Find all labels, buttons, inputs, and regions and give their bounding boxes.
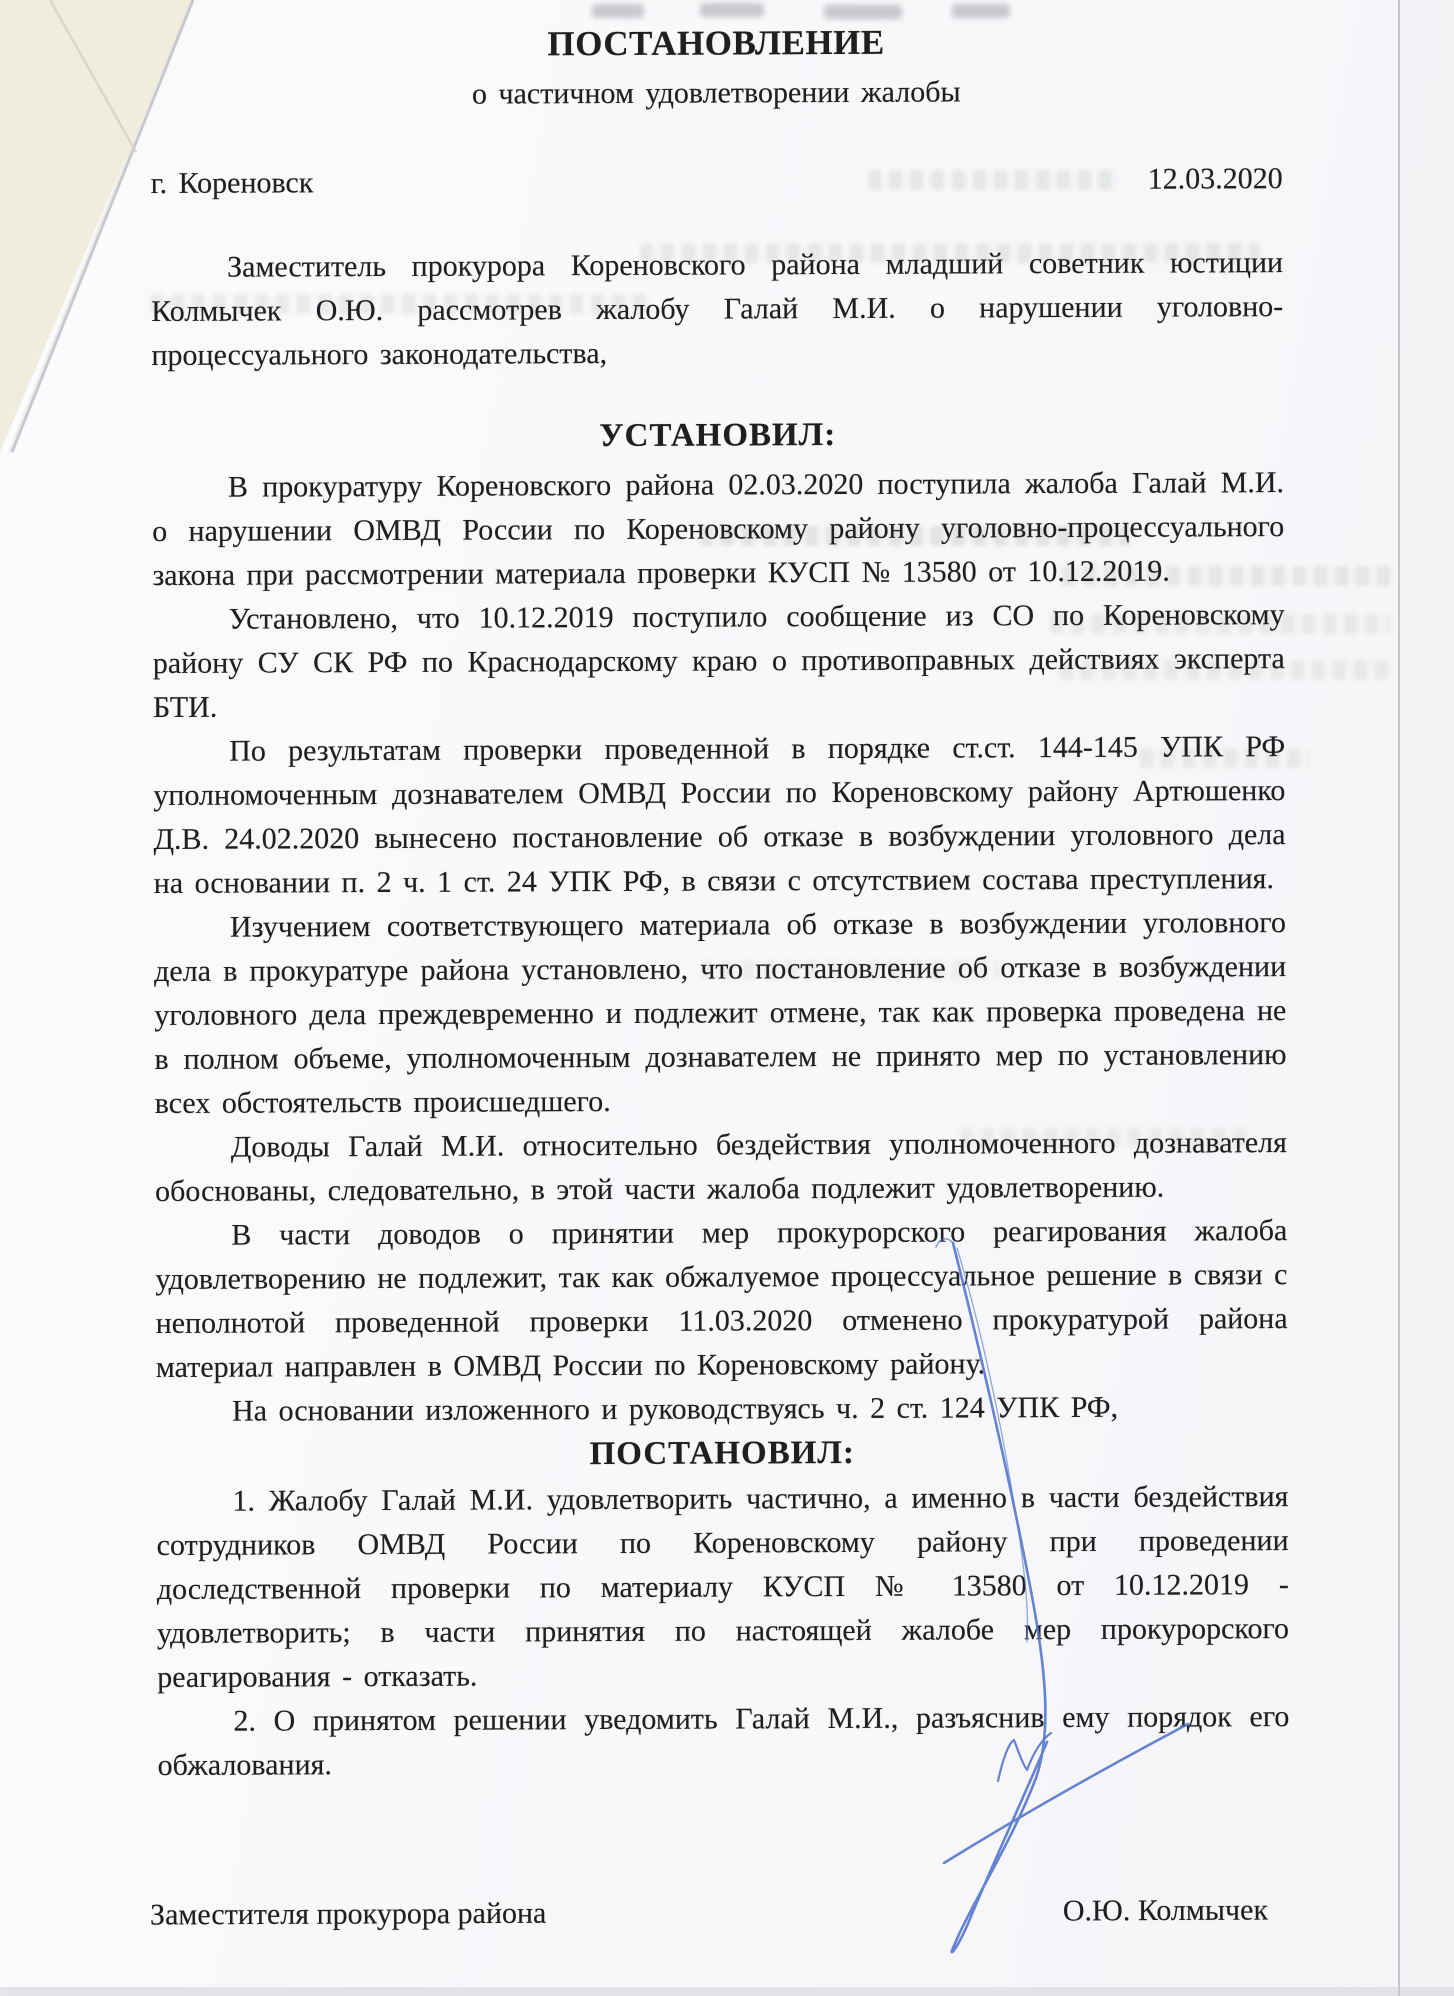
document-subtitle: о частичном удовлетворении жалобы	[150, 69, 1282, 118]
place-date-row: г. Кореновск 12.03.2020	[151, 157, 1283, 206]
bleedthrough-artifact	[592, 4, 644, 18]
signature-row: Заместителя прокурора района О.Ю. Колмыч…	[150, 1894, 1268, 1933]
body-paragraph: По результатам проверки проведенной в по…	[153, 725, 1286, 906]
intro-paragraph: Заместитель прокурора Кореновского район…	[151, 241, 1284, 378]
scanner-right-margin	[1400, 0, 1454, 1996]
signer-title: Заместителя прокурора района	[150, 1897, 546, 1933]
section-heading-ustanovil: УСТАНОВИЛ:	[152, 411, 1284, 460]
body-paragraph: В прокуратуру Кореновского района 02.03.…	[152, 461, 1285, 598]
section-heading-postanovil: ПОСТАНОВИЛ:	[156, 1429, 1288, 1478]
resolution-paragraph: 1. Жалобу Галай М.И. удовлетворить части…	[156, 1475, 1289, 1700]
date-label: 12.03.2020	[1148, 157, 1283, 202]
scanner-bottom-edge	[0, 1987, 1454, 1996]
body-paragraph: Изучением соответствующего материала об …	[154, 901, 1287, 1126]
place-label: г. Кореновск	[151, 161, 314, 206]
resolution-paragraph: 2. О принятом решении уведомить Галай М.…	[157, 1695, 1289, 1788]
signer-name: О.Ю. Колмычек	[1063, 1894, 1268, 1929]
bleedthrough-artifact	[952, 4, 1010, 18]
secondary-fold-line	[50, 0, 136, 152]
document-body: ПОСТАНОВЛЕНИЕ о частичном удовлетворении…	[150, 21, 1290, 1788]
body-paragraph: Доводы Галай М.И. относительно бездейств…	[155, 1121, 1287, 1214]
body-paragraph: Установлено, что 10.12.2019 поступило со…	[152, 593, 1285, 730]
bleedthrough-artifact	[824, 5, 902, 19]
body-paragraph: В части доводов о принятии мер прокурорс…	[155, 1209, 1288, 1390]
document-title: ПОСТАНОВЛЕНИЕ	[150, 21, 1282, 66]
bleedthrough-artifact	[700, 3, 764, 17]
legal-basis-line: На основании изложенного и руководствуяс…	[156, 1385, 1288, 1434]
